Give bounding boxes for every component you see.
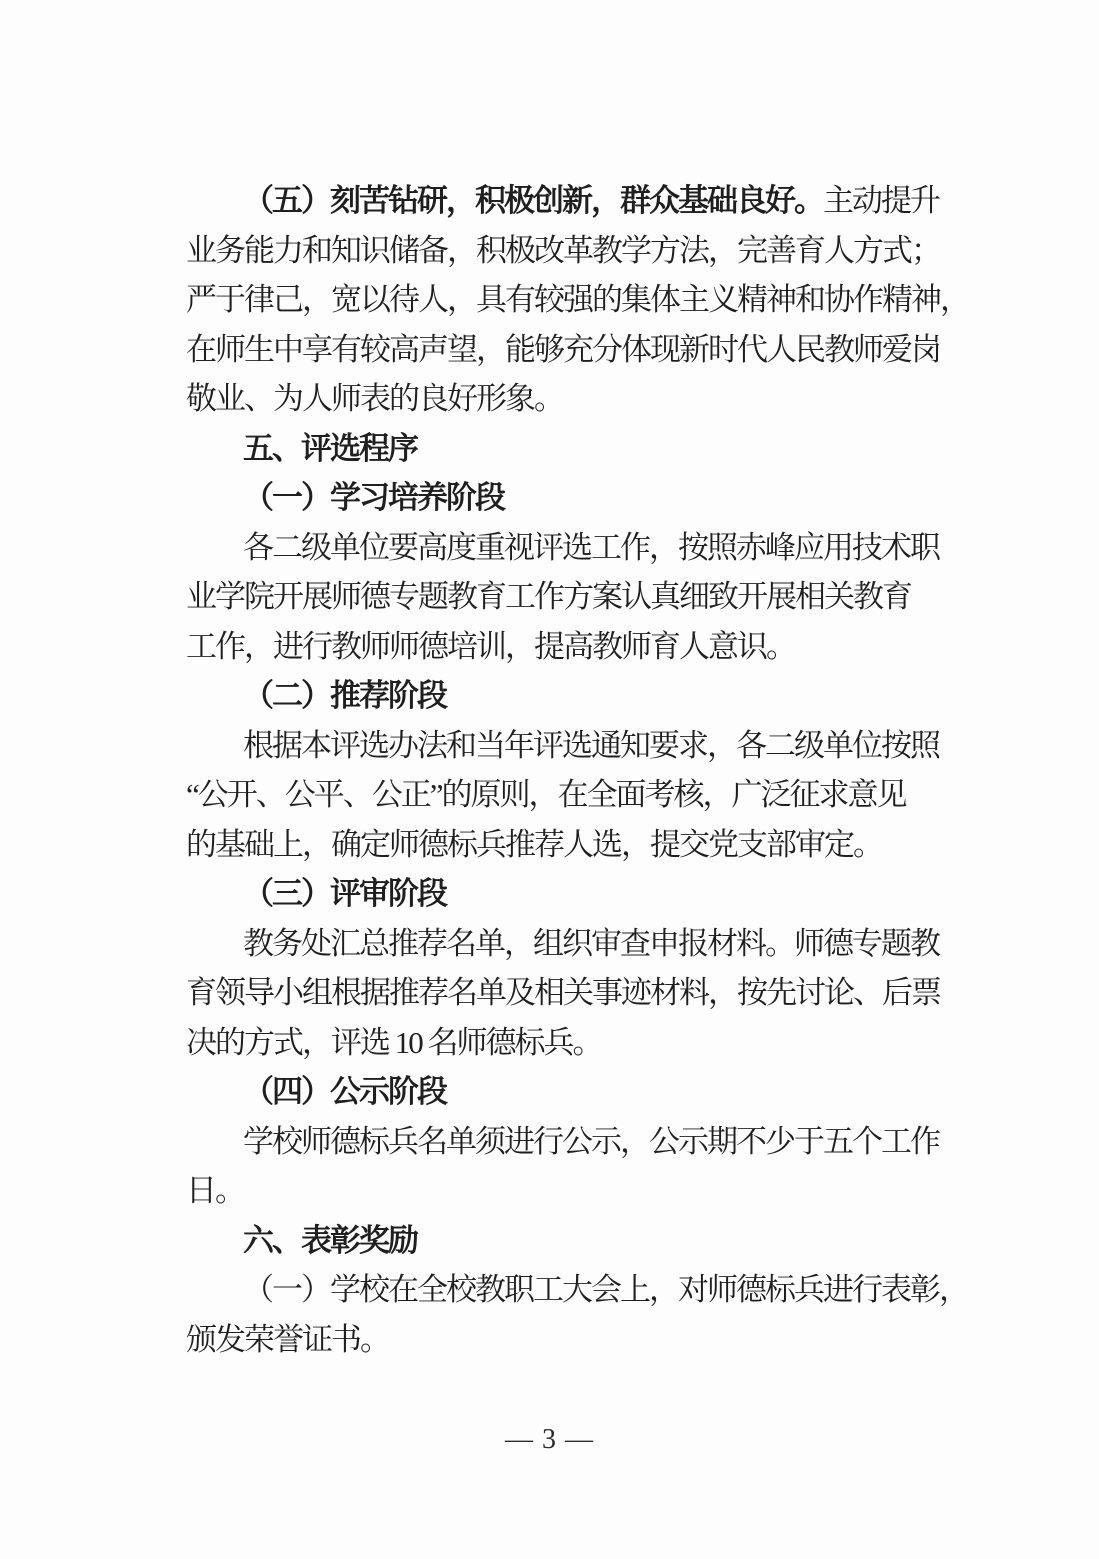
heading-line: （二）推荐阶段 bbox=[186, 671, 954, 721]
text-run: （二）推荐阶段 bbox=[243, 678, 446, 713]
text-run: （五）刻苦钻研，积极创新，群众基础良好。 bbox=[243, 183, 823, 218]
text-line: 根据本评选办法和当年评选通知要求，各二级单位按照 bbox=[186, 721, 954, 771]
text-run: 主动提升 bbox=[823, 183, 939, 218]
document-page: （五）刻苦钻研，积极创新，群众基础良好。主动提升业务能力和知识储备，积极改革教学… bbox=[0, 0, 1099, 1559]
text-line: 严于律己，宽以待人，具有较强的集体主义精神和协作精神， bbox=[186, 275, 954, 325]
heading-line: （一）学习培养阶段 bbox=[186, 473, 954, 523]
text-line: （五）刻苦钻研，积极创新，群众基础良好。主动提升 bbox=[186, 176, 954, 226]
text-run: 五、评选程序 bbox=[243, 431, 417, 466]
document-body: （五）刻苦钻研，积极创新，群众基础良好。主动提升业务能力和知识储备，积极改革教学… bbox=[186, 176, 954, 1364]
text-run: （一）学习培养阶段 bbox=[243, 480, 504, 515]
text-run: 业务能力和知识储备，积极改革教学方法，完善育人方式； bbox=[186, 233, 940, 268]
text-run: 敬业、为人师表的良好形象。 bbox=[186, 381, 563, 416]
text-run: 的基础上，确定师德标兵推荐人选，提交党支部审定。 bbox=[186, 827, 882, 862]
text-run: （四）公示阶段 bbox=[243, 1074, 446, 1109]
text-run: 六、表彰奖励 bbox=[243, 1223, 417, 1258]
text-run: （三）评审阶段 bbox=[243, 876, 446, 911]
text-run: （一）学校在全校教职工大会上，对师德标兵进行表彰， bbox=[243, 1272, 968, 1307]
text-run: 在师生中享有较高声望，能够充分体现新时代人民教师爱岗 bbox=[186, 332, 940, 367]
text-run: 学校师德标兵名单须进行公示，公示期不少于五个工作 bbox=[243, 1124, 939, 1159]
text-line: 颁发荣誉证书。 bbox=[186, 1315, 954, 1365]
text-line: 业务能力和知识储备，积极改革教学方法，完善育人方式； bbox=[186, 226, 954, 276]
text-run: 根据本评选办法和当年评选通知要求，各二级单位按照 bbox=[243, 728, 939, 763]
text-line: “公开、公平、公正”的原则，在全面考核，广泛征求意见 bbox=[186, 770, 954, 820]
text-line: 在师生中享有较高声望，能够充分体现新时代人民教师爱岗 bbox=[186, 325, 954, 375]
text-run: 育领导小组根据推荐名单及相关事迹材料，按先讨论、后票 bbox=[186, 975, 940, 1010]
text-run: “公开、公平、公正”的原则，在全面考核，广泛征求意见 bbox=[186, 777, 906, 812]
text-line: 决的方式，评选 10 名师德标兵。 bbox=[186, 1018, 954, 1068]
text-line: 业学院开展师德专题教育工作方案认真细致开展相关教育 bbox=[186, 572, 954, 622]
heading-line: （三）评审阶段 bbox=[186, 869, 954, 919]
heading-line: （四）公示阶段 bbox=[186, 1067, 954, 1117]
text-line: 学校师德标兵名单须进行公示，公示期不少于五个工作 bbox=[186, 1117, 954, 1167]
text-line: 日。 bbox=[186, 1166, 954, 1216]
heading-line: 六、表彰奖励 bbox=[186, 1216, 954, 1266]
text-run: 日。 bbox=[186, 1173, 244, 1208]
text-line: 敬业、为人师表的良好形象。 bbox=[186, 374, 954, 424]
text-line: 教务处汇总推荐名单，组织审查申报材料。师德专题教 bbox=[186, 919, 954, 969]
text-run: 严于律己，宽以待人，具有较强的集体主义精神和协作精神， bbox=[186, 282, 969, 317]
text-run: 工作，进行教师师德培训，提高教师育人意识。 bbox=[186, 629, 795, 664]
text-run: 决的方式，评选 10 名师德标兵。 bbox=[186, 1025, 602, 1060]
text-run: 业学院开展师德专题教育工作方案认真细致开展相关教育 bbox=[186, 579, 911, 614]
page-number: — 3 — bbox=[0, 1424, 1099, 1456]
text-run: 教务处汇总推荐名单，组织审查申报材料。师德专题教 bbox=[243, 926, 939, 961]
text-line: 育领导小组根据推荐名单及相关事迹材料，按先讨论、后票 bbox=[186, 968, 954, 1018]
text-line: 工作，进行教师师德培训，提高教师育人意识。 bbox=[186, 622, 954, 672]
heading-line: 五、评选程序 bbox=[186, 424, 954, 474]
text-run: 各二级单位要高度重视评选工作，按照赤峰应用技术职 bbox=[243, 530, 939, 565]
text-line: 各二级单位要高度重视评选工作，按照赤峰应用技术职 bbox=[186, 523, 954, 573]
text-line: （一）学校在全校教职工大会上，对师德标兵进行表彰， bbox=[186, 1265, 954, 1315]
text-run: 颁发荣誉证书。 bbox=[186, 1322, 389, 1357]
text-line: 的基础上，确定师德标兵推荐人选，提交党支部审定。 bbox=[186, 820, 954, 870]
